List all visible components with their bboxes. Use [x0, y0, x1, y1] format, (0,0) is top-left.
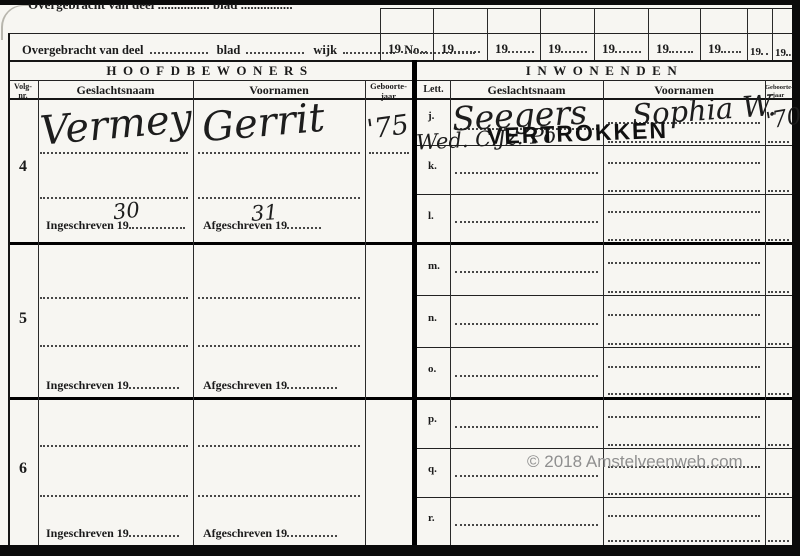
- dotted-leader: [150, 41, 208, 54]
- dotted-writing-line: [40, 445, 188, 447]
- dotted-writing-line: [608, 262, 760, 264]
- dotted-writing-line: [369, 152, 409, 154]
- dotted-writing-line: [40, 345, 188, 347]
- transfer-label: Overgebracht van deel: [22, 43, 144, 57]
- grid-line: [433, 8, 434, 60]
- dotted-writing-line: [608, 162, 760, 164]
- year-cell: 19: [548, 40, 587, 57]
- lett-label-p: p.: [428, 413, 437, 425]
- dotted-writing-line: [608, 291, 760, 293]
- dotted-leader: [615, 40, 641, 53]
- dotted-writing-line: [608, 540, 760, 542]
- dotted-leader: [287, 216, 321, 229]
- grid-line: [648, 8, 649, 60]
- hoofdbewoners-title: HOOFDBEWONERS: [8, 63, 412, 79]
- handwriting-afgeschreven-year: 31: [250, 200, 278, 226]
- dotted-leader: [129, 524, 179, 537]
- grid-line: [747, 8, 748, 60]
- grid-line: [772, 8, 773, 60]
- dotted-leader: [246, 41, 304, 54]
- afgeschreven-row6: Afgeschreven 19: [203, 524, 337, 541]
- year-cell: 19: [775, 43, 791, 59]
- year-cell: 19: [602, 40, 641, 57]
- grid-line: [365, 80, 366, 545]
- dotted-leader: [287, 376, 337, 389]
- afgeschreven-row5: Afgeschreven 19: [203, 376, 337, 393]
- dotted-writing-line: [768, 540, 789, 542]
- dotted-writing-line: [40, 495, 188, 497]
- dotted-writing-line: [198, 495, 360, 497]
- dotted-writing-line: [768, 393, 789, 395]
- dotted-leader: [761, 42, 768, 55]
- dotted-leader: [287, 524, 337, 537]
- lett-label-n: n.: [428, 312, 437, 324]
- dotted-writing-line: [198, 345, 360, 347]
- column-header-geboortejaar: Geboorte- jaar: [365, 82, 412, 102]
- dotted-writing-line: [608, 444, 760, 446]
- lett-label-k: k.: [428, 160, 437, 172]
- grid-line: [487, 8, 488, 60]
- year-cell: 19: [750, 42, 768, 58]
- column-header-volgnr: Volg- nr.: [8, 82, 38, 100]
- dotted-leader: [129, 376, 179, 389]
- grid-line: [417, 448, 792, 449]
- blad-label: blad: [217, 43, 241, 57]
- year-cell: 19: [656, 40, 693, 57]
- wijk-label: wijk: [313, 43, 337, 57]
- grid-line: [417, 295, 792, 296]
- section-divider-line: [8, 397, 792, 400]
- year-cell: 19: [441, 40, 480, 57]
- handwriting-geboortejaar-row-j: '70: [764, 103, 800, 135]
- handwriting-voornamen-row4: Gerrit: [200, 95, 326, 152]
- dotted-writing-line: [455, 172, 598, 174]
- grid-line: [765, 80, 766, 545]
- dotted-writing-line: [198, 197, 360, 199]
- lett-label-m: m.: [428, 260, 440, 272]
- volgnr-4: 4: [8, 158, 38, 176]
- volgnr-5: 5: [8, 310, 38, 328]
- dotted-writing-line: [198, 297, 360, 299]
- grid-line: [380, 8, 381, 60]
- dotted-writing-line: [768, 239, 789, 241]
- dotted-writing-line: [608, 190, 760, 192]
- dotted-writing-line: [455, 426, 598, 428]
- dotted-leader: [401, 40, 427, 53]
- dotted-leader: [454, 40, 480, 53]
- dotted-writing-line: [608, 343, 760, 345]
- lett-label-r: r.: [428, 512, 435, 524]
- scan-edge-right: [792, 0, 800, 556]
- column-header-geslachtsnaam: Geslachtsnaam: [38, 83, 193, 98]
- handwriting-geboortejaar-row4: '75: [365, 109, 411, 146]
- dotted-writing-line: [608, 393, 760, 395]
- dotted-writing-line: [608, 314, 760, 316]
- dotted-leader: [508, 40, 534, 53]
- dotted-writing-line: [608, 416, 760, 418]
- lett-label-l: l.: [428, 210, 434, 222]
- card-corner-curve: [1, 5, 29, 40]
- dotted-writing-line: [455, 323, 598, 325]
- dotted-writing-line: [608, 211, 760, 213]
- grid-line: [193, 80, 194, 545]
- dotted-writing-line: [198, 152, 360, 154]
- lett-label-o: o.: [428, 363, 436, 375]
- dotted-writing-line: [40, 297, 188, 299]
- grid-line: [38, 80, 39, 545]
- column-header-voornamen: Voornamen: [193, 83, 365, 98]
- column-header-lett: Lett.: [417, 84, 450, 95]
- year-cell: 19: [708, 40, 741, 57]
- volgnr-6: 6: [8, 460, 38, 478]
- dotted-writing-line: [455, 221, 598, 223]
- scan-edge-bottom: [0, 545, 800, 556]
- dotted-leader: [786, 43, 791, 56]
- dotted-leader: [561, 40, 587, 53]
- dotted-writing-line: [608, 239, 760, 241]
- dotted-writing-line: [768, 444, 789, 446]
- dotted-writing-line: [455, 271, 598, 273]
- ingeschreven-row5: Ingeschreven 19: [46, 376, 179, 393]
- grid-line: [603, 80, 604, 545]
- grid-line: [417, 497, 792, 498]
- grid-line: [8, 33, 792, 34]
- lett-label-j: j.: [428, 110, 434, 122]
- dotted-writing-line: [608, 515, 760, 517]
- dotted-writing-line: [768, 291, 789, 293]
- dotted-leader: [721, 40, 741, 53]
- grid-line: [540, 8, 541, 60]
- dotted-writing-line: [455, 375, 598, 377]
- grid-line: [417, 194, 792, 195]
- handwriting-ingeschreven-year: 30: [112, 198, 141, 225]
- watermark: © 2018 Amstelveenweb.com: [527, 452, 743, 472]
- dotted-writing-line: [608, 493, 760, 495]
- dotted-writing-line: [455, 524, 598, 526]
- grid-line: [700, 8, 701, 60]
- lett-label-q: q.: [428, 463, 437, 475]
- handwriting-geslachtsnaam-row4: Vermey: [38, 95, 194, 154]
- grid-line: [380, 8, 792, 9]
- dotted-leader: [669, 40, 693, 53]
- grid-line: [8, 60, 792, 62]
- dotted-writing-line: [768, 190, 789, 192]
- section-divider-line: [8, 242, 792, 245]
- year-cell: 19: [495, 40, 534, 57]
- dotted-writing-line: [768, 343, 789, 345]
- ingeschreven-row6: Ingeschreven 19: [46, 524, 179, 541]
- dotted-writing-line: [455, 475, 598, 477]
- year-cell: 19: [388, 40, 427, 57]
- grid-line: [594, 8, 595, 60]
- inwonenden-title: INWONENDEN: [417, 63, 792, 79]
- dotted-writing-line: [768, 141, 789, 143]
- cutoff-header-line: Overgebracht van deel ................ b…: [28, 4, 293, 12]
- cutoff-header-text: Overgebracht van deel ................ b…: [28, 4, 293, 12]
- grid-line: [417, 347, 792, 348]
- dotted-writing-line: [768, 493, 789, 495]
- dotted-writing-line: [198, 445, 360, 447]
- dotted-writing-line: [40, 197, 188, 199]
- register-card-scan: Overgebracht van deel ................ b…: [0, 0, 800, 556]
- dotted-writing-line: [608, 366, 760, 368]
